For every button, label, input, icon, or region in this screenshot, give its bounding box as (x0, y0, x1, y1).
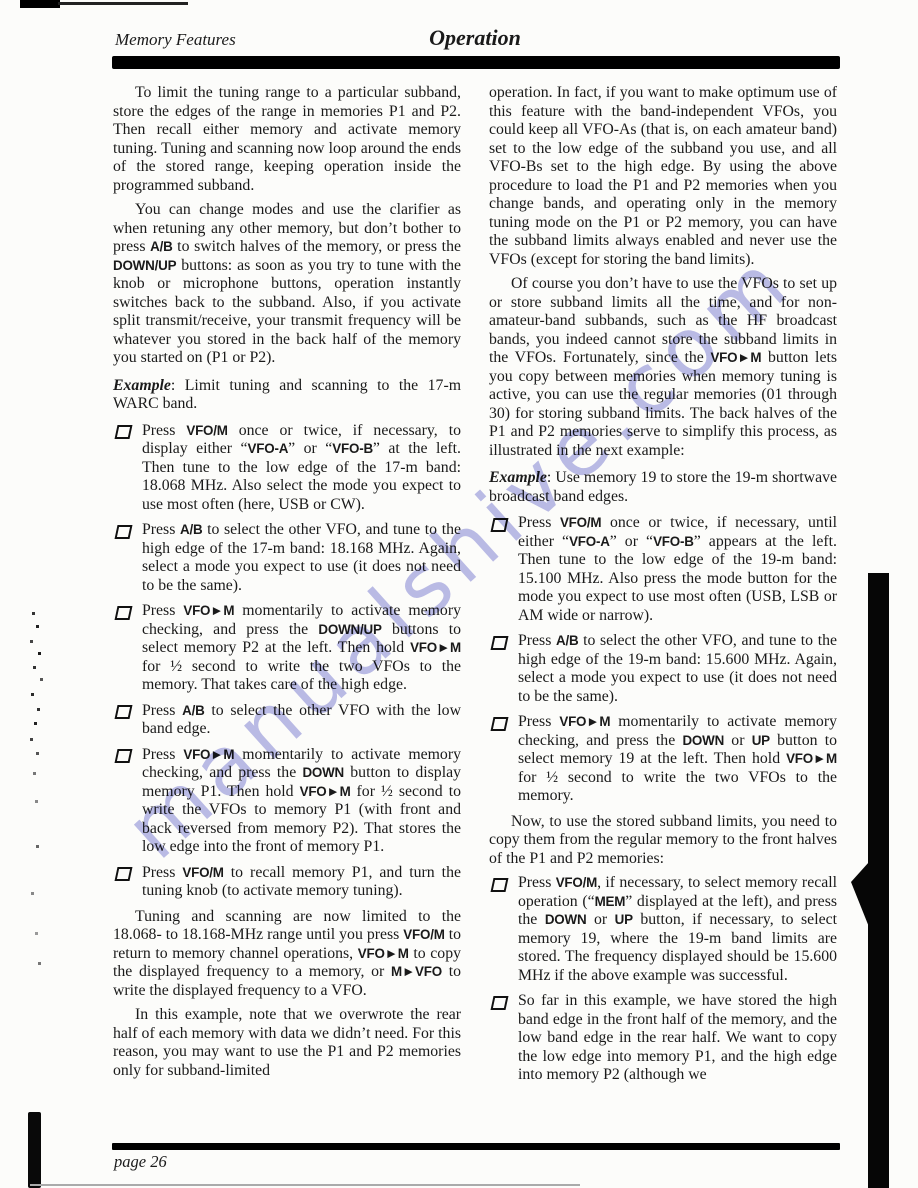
body-text: or (586, 911, 614, 928)
checklist-item: Press VFO►M momentarily to activate memo… (113, 746, 461, 857)
paragraph: Example: Limit tuning and scanning to th… (113, 377, 461, 414)
button-label: UP (752, 733, 770, 748)
body-text: for ½ second to write the two VFOs to th… (142, 658, 461, 694)
button-label: DOWN/UP (318, 622, 381, 637)
paragraph: In this example, note that we overwrote … (113, 1006, 461, 1080)
scan-artifact-bottomleft (28, 1112, 41, 1188)
checkbox-bullet-icon (115, 525, 133, 539)
body-text: Press (142, 521, 180, 538)
body-text: To limit the tuning range to a particula… (113, 84, 461, 194)
footer-rule (112, 1143, 840, 1150)
checklist-item: Press VFO/M to recall memory P1, and tur… (113, 864, 461, 901)
scan-line-bottom-edge (30, 1184, 580, 1186)
body-text: So far in this example, we have stored t… (518, 992, 837, 1083)
paragraph: operation. In fact, if you want to make … (489, 84, 837, 269)
checkbox-bullet-icon (491, 717, 509, 731)
checklist-item: Press A/B to select the other VFO, and t… (113, 521, 461, 595)
body-text: Press (142, 602, 183, 619)
body-text: for ½ second to write the two VFOs to th… (518, 769, 837, 805)
button-label: VFO►M (410, 640, 461, 655)
checklist-item: Press VFO/M once or twice, if necessary,… (489, 514, 837, 625)
scan-artifact-topleft (20, 0, 60, 8)
button-label: VFO►M (300, 784, 351, 799)
checklist-item: So far in this example, we have stored t… (489, 992, 837, 1085)
body-text: Press (518, 874, 556, 891)
checklist-item: Press A/B to select the other VFO, and t… (489, 632, 837, 706)
body-text: Now, to use the stored subband limits, y… (489, 813, 837, 867)
checkbox-bullet-icon (491, 878, 509, 892)
button-label: VFO/M (186, 423, 227, 438)
checkbox-bullet-icon (491, 518, 509, 532)
paragraph: Now, to use the stored subband limits, y… (489, 813, 837, 869)
button-label: M►VFO (391, 964, 442, 979)
body-text: Press (518, 713, 559, 730)
button-label: DOWN (545, 912, 587, 927)
checklist-item: Press VFO/M once or twice, if necessary,… (113, 422, 461, 515)
button-label: VFO►M (183, 603, 234, 618)
example-label: Example (489, 469, 547, 486)
button-label: VFO►M (358, 946, 409, 961)
left-column: To limit the tuning range to a particula… (113, 84, 461, 1086)
checkbox-bullet-icon (115, 705, 133, 719)
checkbox-bullet-icon (115, 867, 133, 881)
body-text: Press (518, 514, 560, 531)
scan-bar-right-margin (868, 573, 889, 1188)
button-label: A/B (182, 703, 204, 718)
body-text: to switch halves of the memory, or press… (173, 238, 461, 255)
page-number: page 26 (114, 1152, 167, 1172)
section-label: Memory Features (115, 30, 236, 50)
checklist-item: Press VFO►M momentarily to activate memo… (489, 713, 837, 806)
button-label: DOWN (682, 733, 724, 748)
body-text: ” or “ (610, 533, 653, 550)
scan-bar-right-bulge (851, 862, 869, 927)
button-label: VFO►M (786, 751, 837, 766)
checklist-item: Press VFO/M, if necessary, to select mem… (489, 874, 837, 985)
button-label: VFO-A (248, 441, 289, 456)
checkbox-bullet-icon (491, 996, 509, 1010)
checkbox-bullet-icon (115, 606, 133, 620)
button-label: UP (615, 912, 633, 927)
checklist-item: Press VFO►M momentarily to activate memo… (113, 602, 461, 695)
body-text: Press (142, 702, 182, 719)
button-label: VFO►M (710, 350, 761, 365)
body-text: ” or “ (288, 440, 332, 457)
body-text: In this example, note that we overwrote … (113, 1006, 461, 1079)
button-label: MEM (595, 894, 626, 909)
paragraph: To limit the tuning range to a particula… (113, 84, 461, 195)
manual-page: Memory Features Operation To limit the t… (0, 0, 918, 1188)
button-label: VFO-A (569, 534, 610, 549)
header-rule (112, 56, 840, 69)
checkbox-bullet-icon (115, 425, 133, 439)
button-label: VFO/M (403, 927, 444, 942)
button-label: VFO-B (653, 534, 694, 549)
button-label: VFO►M (183, 747, 234, 762)
button-label: VFO-B (332, 441, 373, 456)
page-title: Operation (330, 25, 620, 51)
button-label: DOWN/UP (113, 258, 176, 273)
button-label: A/B (556, 633, 578, 648)
paragraph: Of course you don’t have to use the VFOs… (489, 275, 837, 460)
body-text: Press (142, 746, 183, 763)
right-column: operation. In fact, if you want to make … (489, 84, 837, 1092)
paragraph: Example: Use memory 19 to store the 19-m… (489, 469, 837, 506)
button-label: VFO/M (556, 875, 597, 890)
button-label: A/B (150, 239, 172, 254)
body-text: or (724, 732, 752, 749)
scan-artifact-topleft-line (58, 2, 188, 5)
body-text: Press (518, 632, 556, 649)
body-text: Press (142, 864, 182, 881)
button-label: A/B (180, 522, 202, 537)
paragraph: You can change modes and use the clarifi… (113, 201, 461, 368)
checkbox-bullet-icon (491, 636, 509, 650)
button-label: DOWN (302, 765, 344, 780)
body-text: Press (142, 422, 186, 439)
body-text: operation. In fact, if you want to make … (489, 84, 837, 268)
scan-noise-left-margin (0, 0, 3, 3)
checklist-item: Press A/B to select the other VFO with t… (113, 702, 461, 739)
button-label: VFO►M (559, 714, 610, 729)
checkbox-bullet-icon (115, 749, 133, 763)
button-label: VFO/M (560, 515, 601, 530)
example-label: Example (113, 377, 171, 394)
paragraph: Tuning and scanning are now limited to t… (113, 908, 461, 1001)
button-label: VFO/M (182, 865, 223, 880)
